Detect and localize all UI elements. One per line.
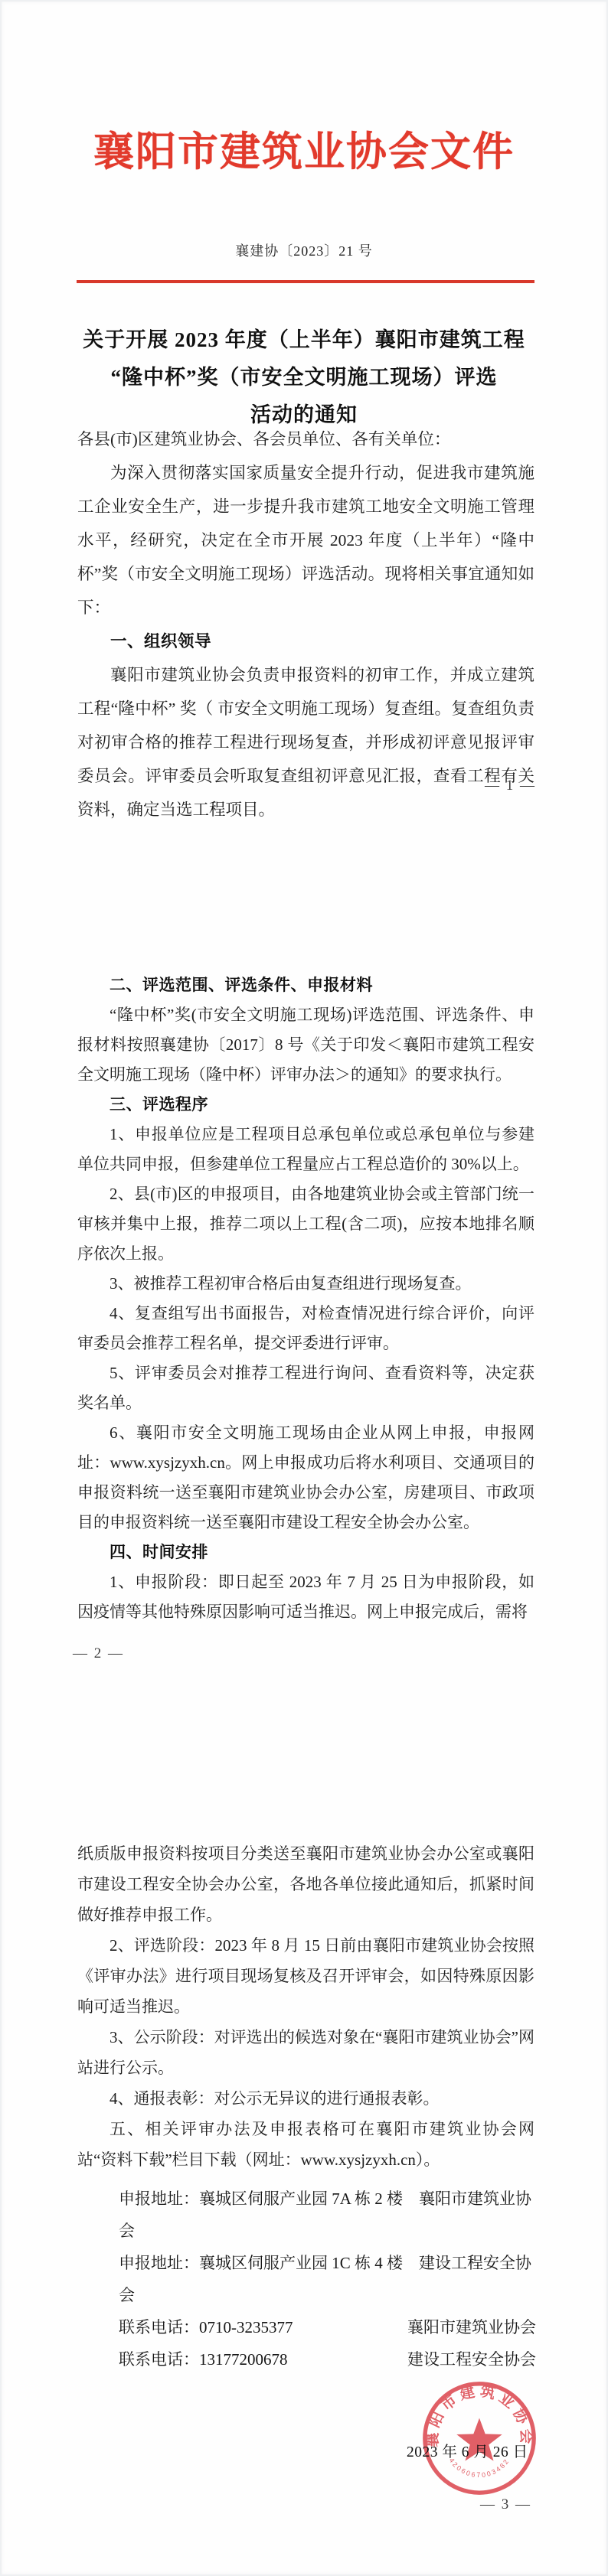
list-item: 1、申报阶段：即日起至 2023 年 7 月 25 日为申报阶段，如因疫情等其他… xyxy=(77,1567,534,1627)
body-paragraph: “隆中杯”奖(市安全文明施工现场)评选范围、评选条件、申报材料按照襄建协〔201… xyxy=(77,1000,534,1090)
contact-phone-row-1: 联系电话：0710-3235377 襄阳市建筑业协会 xyxy=(119,2311,536,2343)
page-number-2: — 2 — xyxy=(73,1645,124,1662)
section-heading-4: 四、时间安排 xyxy=(77,1537,534,1567)
body-paragraph: 为深入贯彻落实国家质量安全提升行动，促进我市建筑施工企业安全生产，进一步提升我市… xyxy=(77,456,534,624)
list-item: 5、评审委员会对推荐工程进行询问、查看资料等，决定获奖名单。 xyxy=(77,1358,534,1418)
issue-date: 2023 年 6 月 26 日 xyxy=(407,2440,537,2461)
section-heading-3: 三、评选程序 xyxy=(77,1090,534,1120)
page-number-3: — 3 — xyxy=(480,2496,531,2513)
salutation: 各县(市)区建筑业协会、各会员单位、各有关单位： xyxy=(77,422,534,456)
contact-address-line-1: 申报地址：襄城区伺服产业园 7A 栋 2 楼 襄阳市建筑业协会 xyxy=(119,2183,536,2247)
list-item: 4、通报表彰：对公示无异议的进行通报表彰。 xyxy=(77,2083,534,2114)
list-item: 3、公示阶段：对评选出的候选对象在“襄阳市建筑业协会”网站进行公示。 xyxy=(77,2022,534,2083)
signature-org-2: 建设工程安全协会 xyxy=(407,2343,536,2375)
list-item: 3、被推荐工程初审合格后由复查组进行现场复查。 xyxy=(77,1269,534,1299)
section-paragraph-5: 五、相关评审办法及申报表格可在襄阳市建筑业协会网站“资料下载”栏目下载（网址：w… xyxy=(77,2114,534,2175)
page2-body: 二、评选范围、评选条件、申报材料 “隆中杯”奖(市安全文明施工现场)评选范围、评… xyxy=(77,970,534,1627)
page1-body: 各县(市)区建筑业协会、各会员单位、各有关单位： 为深入贯彻落实国家质量安全提升… xyxy=(77,422,534,827)
continuation-paragraph: 纸质版申报资料按项目分类送至襄阳市建筑业协会办公室或襄阳市建设工程安全协会办公室… xyxy=(77,1838,534,1930)
contact-block: 申报地址：襄城区伺服产业园 7A 栋 2 楼 襄阳市建筑业协会 申报地址：襄城区… xyxy=(119,2183,536,2375)
list-item: 2、评选阶段：2023 年 8 月 15 日前由襄阳市建筑业协会按照《评审办法》… xyxy=(77,1930,534,2022)
signature-org-1: 襄阳市建筑业协会 xyxy=(407,2311,536,2343)
section-heading-2: 二、评选范围、评选条件、申报材料 xyxy=(77,970,534,1000)
body-paragraph: 襄阳市建筑业协会负责申报资料的初审工作，并成立建筑工程“隆中杯” 奖（ 市安全文… xyxy=(77,658,534,827)
document-title-line-1: 关于开展 2023 年度（上半年）襄阳市建筑工程 xyxy=(38,321,570,359)
list-item: 4、复查组写出书面报告，对检查情况进行综合评价，向评审委员会推荐工程名单，提交评… xyxy=(77,1299,534,1358)
section-heading-1: 一、组织领导 xyxy=(77,624,534,658)
scanned-document: 襄阳市建筑业协会文件 襄建协〔2023〕21 号 关于开展 2023 年度（上半… xyxy=(0,0,608,2576)
contact-phone-1: 联系电话：0710-3235377 xyxy=(119,2311,293,2343)
document-title: 关于开展 2023 年度（上半年）襄阳市建筑工程 “隆中杯”奖（市安全文明施工现… xyxy=(38,321,570,434)
contact-phone-2: 联系电话：13177200678 xyxy=(119,2343,288,2375)
contact-address-line-2: 申报地址：襄城区伺服产业园 1C 栋 4 楼 建设工程安全协会 xyxy=(119,2247,536,2311)
page-number-1: — 1 — xyxy=(485,778,536,794)
letterhead-title: 襄阳市建筑业协会文件 xyxy=(0,119,608,178)
list-item: 2、县(市)区的申报项目，由各地建筑业协会或主管部门统一审核并集中上报，推荐二项… xyxy=(77,1179,534,1269)
document-number: 襄建协〔2023〕21 号 xyxy=(0,240,608,260)
page3-body: 纸质版申报资料按项目分类送至襄阳市建筑业协会办公室或襄阳市建设工程安全协会办公室… xyxy=(77,1838,534,2175)
contact-phone-row-2: 联系电话：13177200678 建设工程安全协会 xyxy=(119,2343,536,2375)
official-seal-stamp: 襄阳市建筑业协会 4206067003482 xyxy=(420,2379,539,2498)
red-divider-line xyxy=(77,280,534,283)
list-item: 1、申报单位应是工程项目总承包单位或总承包单位与参建单位共同申报，但参建单位工程… xyxy=(77,1120,534,1179)
document-title-line-2: “隆中杯”奖（市安全文明施工现场）评选 xyxy=(38,359,570,396)
list-item: 6、襄阳市安全文明施工现场由企业从网上申报，申报网址：www.xysjzyxh.… xyxy=(77,1418,534,1537)
